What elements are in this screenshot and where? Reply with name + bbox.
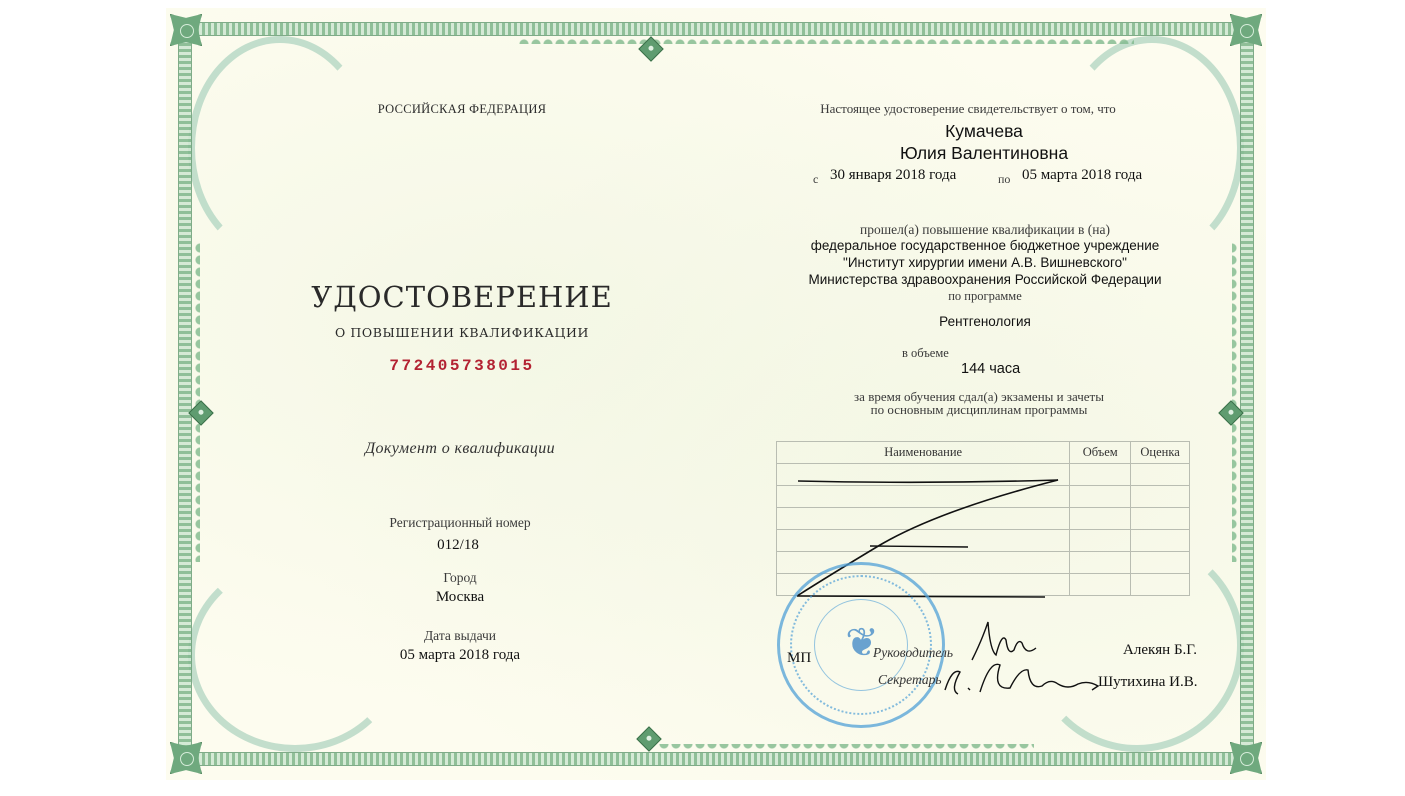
issue-date-label: Дата выдачи <box>424 628 496 644</box>
coat-of-arms-icon: ❦ <box>838 615 886 671</box>
passed-text: прошел(а) повышение квалификации в (на) <box>860 222 1110 238</box>
cell-grade <box>1131 552 1190 574</box>
cell-grade <box>1131 530 1190 552</box>
table-row <box>777 464 1190 486</box>
table-header-row: Наименование Объем Оценка <box>777 442 1190 464</box>
table-row <box>777 508 1190 530</box>
city: Москва <box>436 589 484 606</box>
from-date: 30 января 2018 года <box>830 167 956 184</box>
cell-volume <box>1070 552 1131 574</box>
from-prefix: с <box>813 172 818 187</box>
institution-line-3: Министерства здравоохранения Российской … <box>808 272 1161 287</box>
cell-volume <box>1070 530 1131 552</box>
secretary-role-label: Секретарь <box>878 672 942 688</box>
secretary-name: Шутихина И.В. <box>1098 674 1198 691</box>
column-header-grade: Оценка <box>1131 442 1190 464</box>
cell-grade <box>1131 486 1190 508</box>
cell-name <box>777 530 1070 552</box>
volume: 144 часа <box>961 361 1020 377</box>
column-header-name: Наименование <box>777 442 1070 464</box>
program-label: по программе <box>948 289 1022 304</box>
cell-name <box>777 552 1070 574</box>
exams-line-2: по основным дисциплинам программы <box>871 402 1088 418</box>
institution-line-1: федеральное государственное бюджетное уч… <box>811 238 1160 253</box>
cell-grade <box>1131 574 1190 596</box>
document-title: УДОСТОВЕРЕНИЕ <box>311 280 613 314</box>
cell-name <box>777 508 1070 530</box>
seal-label: МП <box>787 650 811 667</box>
institution-line-2: "Институт хирургии имени А.В. Вишневског… <box>843 255 1127 270</box>
city-label: Город <box>443 570 476 586</box>
cell-volume <box>1070 508 1131 530</box>
given-names: Юлия Валентиновна <box>900 143 1068 164</box>
serial-number: 772405738015 <box>389 357 534 375</box>
to-prefix: по <box>998 172 1010 187</box>
intro-text: Настоящее удостоверение свидетельствует … <box>820 101 1115 117</box>
volume-label: в объеме <box>902 346 949 361</box>
registration-number: 012/18 <box>437 537 479 554</box>
head-name: Алекян Б.Г. <box>1123 642 1197 659</box>
head-role-label: Руководитель <box>873 645 953 661</box>
cell-volume <box>1070 574 1131 596</box>
surname: Кумачева <box>945 121 1023 142</box>
document-subtitle: О ПОВЫШЕНИИ КВАЛИФИКАЦИИ <box>335 325 589 340</box>
column-header-volume: Объем <box>1070 442 1131 464</box>
cell-name <box>777 486 1070 508</box>
document-type: Документ о квалификации <box>365 440 555 458</box>
country-label: РОССИЙСКАЯ ФЕДЕРАЦИЯ <box>378 102 547 117</box>
registration-number-label: Регистрационный номер <box>389 515 530 531</box>
cell-volume <box>1070 464 1131 486</box>
to-date: 05 марта 2018 года <box>1022 167 1142 184</box>
cell-grade <box>1131 464 1190 486</box>
table-row <box>777 486 1190 508</box>
cell-name <box>777 464 1070 486</box>
cell-volume <box>1070 486 1131 508</box>
table-row <box>777 530 1190 552</box>
issue-date: 05 марта 2018 года <box>400 647 520 664</box>
program-name: Рентгенология <box>939 314 1031 329</box>
cell-grade <box>1131 508 1190 530</box>
